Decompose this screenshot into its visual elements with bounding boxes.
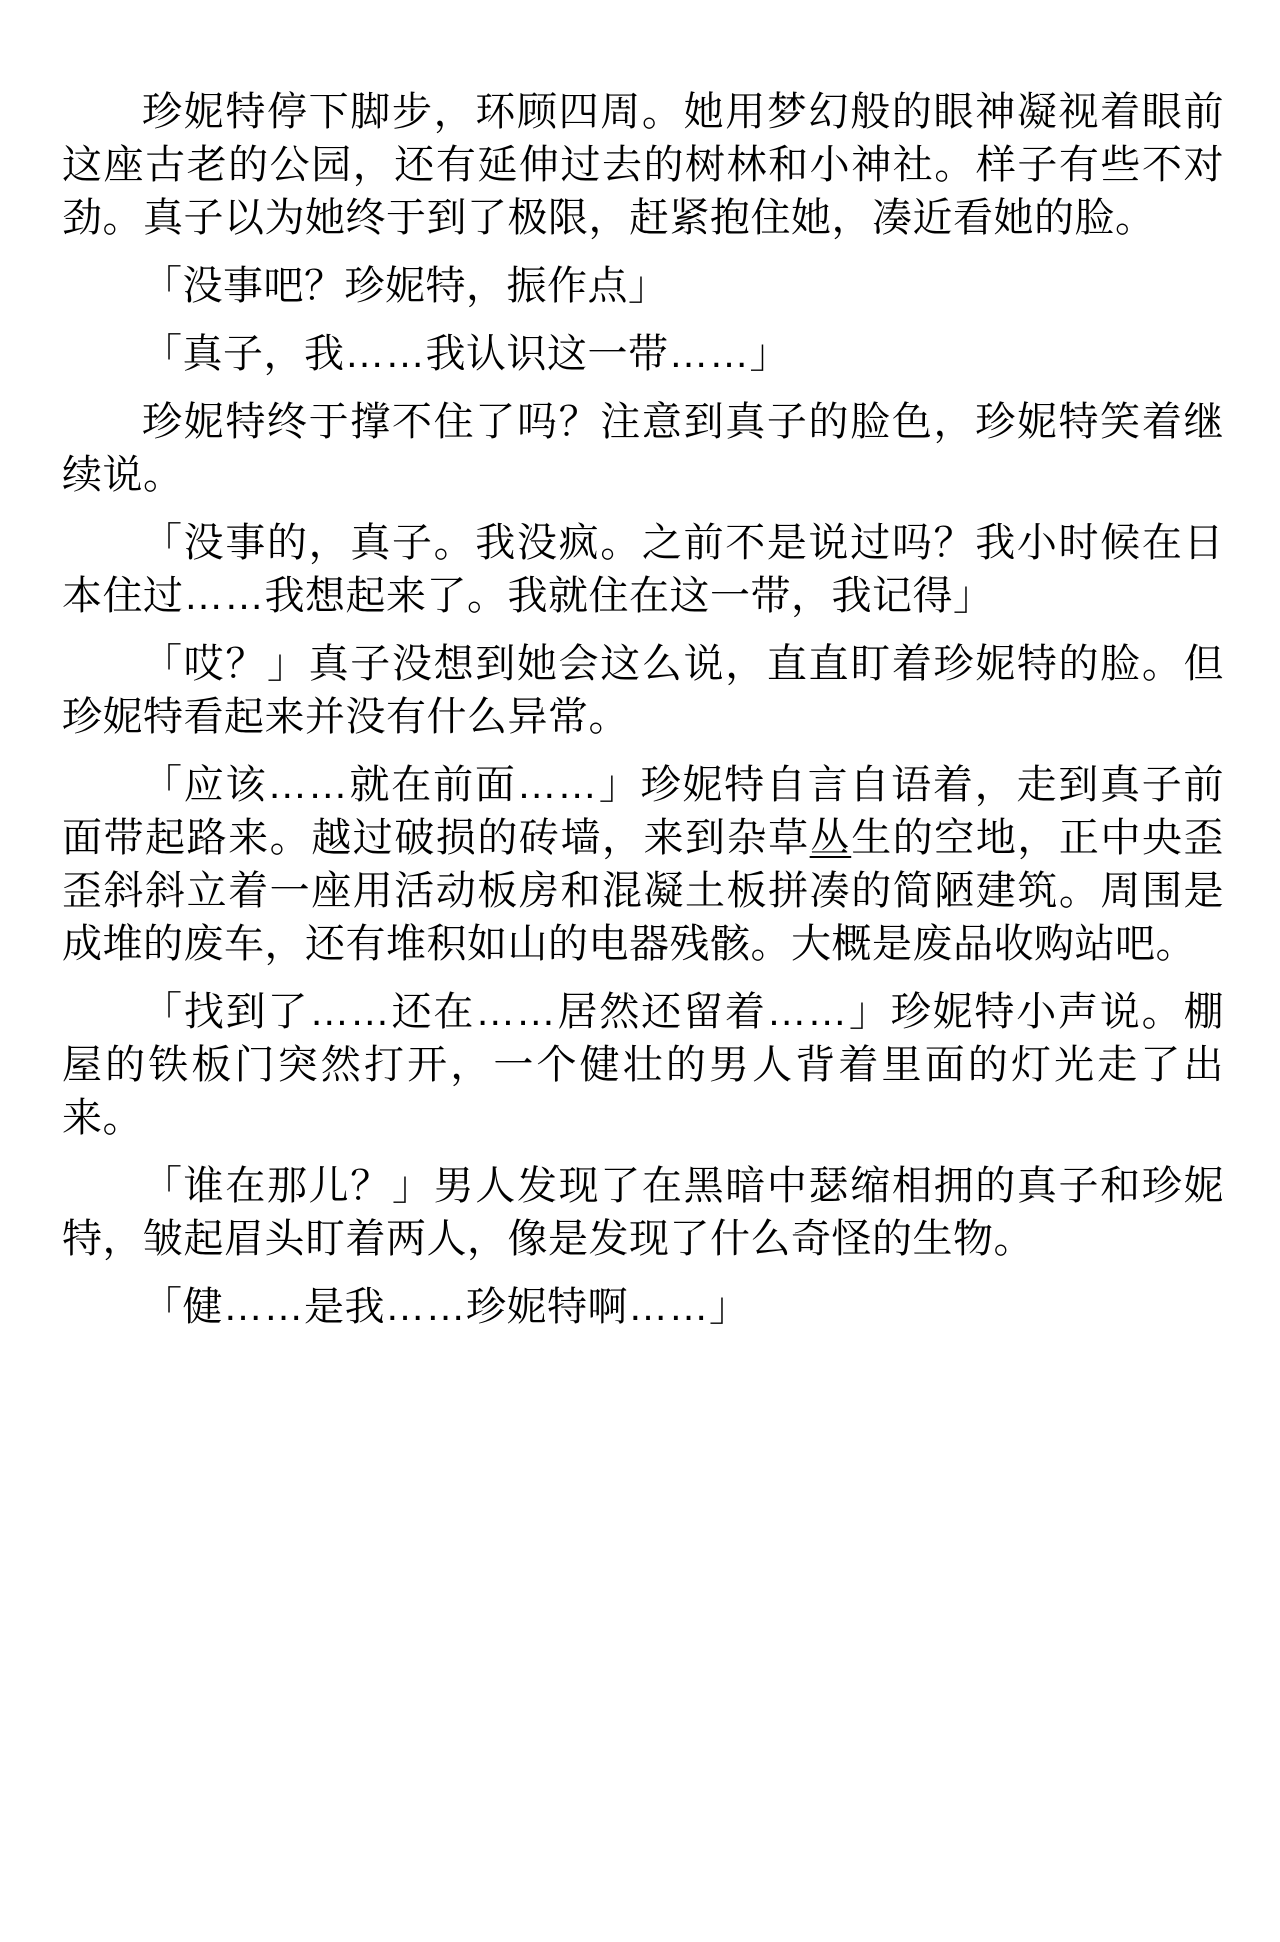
paragraph: 珍妮特停下脚步，环顾四周。她用梦幻般的眼神凝视着眼前这座古老的公园，还有延伸过去… bbox=[62, 86, 1224, 245]
text-run: 「健……是我……珍妮特啊……」 bbox=[142, 1285, 750, 1329]
text-run: 珍妮特终于撑不住了吗？注意到真子的脸色，珍妮特笑着继续说。 bbox=[62, 400, 1224, 497]
underlined-text: 丛 bbox=[810, 816, 852, 860]
paragraph: 「没事的，真子。我没疯。之前不是说过吗？我小时候在日本住过……我想起来了。我就住… bbox=[62, 517, 1224, 623]
paragraph: 「应该……就在前面……」珍妮特自言自语着，走到真子前面带起路来。越过破损的砖墙，… bbox=[62, 759, 1224, 971]
paragraph: 「没事吧？珍妮特，振作点」 bbox=[62, 260, 1224, 313]
paragraph: 「谁在那儿？」男人发现了在黑暗中瑟缩相拥的真子和珍妮特，皱起眉头盯着两人，像是发… bbox=[62, 1160, 1224, 1266]
text-run: 珍妮特停下脚步，环顾四周。她用梦幻般的眼神凝视着眼前这座古老的公园，还有延伸过去… bbox=[62, 90, 1224, 240]
paragraph: 「健……是我……珍妮特啊……」 bbox=[62, 1281, 1224, 1334]
paragraph: 「哎？」真子没想到她会这么说，直直盯着珍妮特的脸。但珍妮特看起来并没有什么异常。 bbox=[62, 638, 1224, 744]
novel-text-content: 珍妮特停下脚步，环顾四周。她用梦幻般的眼神凝视着眼前这座古老的公园，还有延伸过去… bbox=[0, 0, 1280, 1334]
text-run: 「哎？」真子没想到她会这么说，直直盯着珍妮特的脸。但珍妮特看起来并没有什么异常。 bbox=[62, 642, 1224, 739]
text-run: 「没事的，真子。我没疯。之前不是说过吗？我小时候在日本住过……我想起来了。我就住… bbox=[62, 521, 1224, 618]
text-run: 「真子，我……我认识这一带……」 bbox=[142, 332, 790, 376]
ebook-page: 珍妮特停下脚步，环顾四周。她用梦幻般的眼神凝视着眼前这座古老的公园，还有延伸过去… bbox=[0, 0, 1280, 1942]
paragraph: 「真子，我……我认识这一带……」 bbox=[62, 328, 1224, 381]
text-run: 「谁在那儿？」男人发现了在黑暗中瑟缩相拥的真子和珍妮特，皱起眉头盯着两人，像是发… bbox=[62, 1164, 1224, 1261]
text-run: 「找到了……还在……居然还留着……」珍妮特小声说。棚屋的铁板门突然打开，一个健壮… bbox=[62, 990, 1224, 1140]
text-run: 「没事吧？珍妮特，振作点」 bbox=[142, 264, 669, 308]
paragraph: 珍妮特终于撑不住了吗？注意到真子的脸色，珍妮特笑着继续说。 bbox=[62, 396, 1224, 502]
paragraph: 「找到了……还在……居然还留着……」珍妮特小声说。棚屋的铁板门突然打开，一个健壮… bbox=[62, 986, 1224, 1145]
